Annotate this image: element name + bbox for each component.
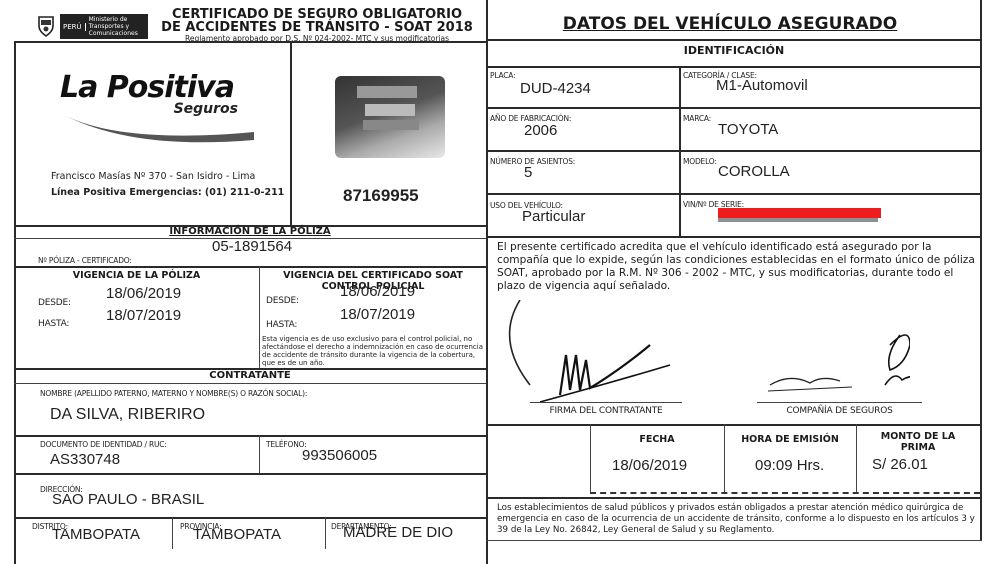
contractor-address: SAO PAULO - BRASIL (52, 491, 204, 508)
department: MADRE DE DIO (343, 524, 453, 541)
logo-swoosh-icon (64, 114, 264, 144)
cert-from-date: 18/06/2019 (340, 283, 415, 300)
contractor-phone: 993506005 (302, 447, 377, 464)
premium-label: MONTO DE LA PRIMA (856, 431, 980, 453)
ministry-name: Ministerio de Transportes y Comunicacion… (86, 16, 148, 37)
vehicle-section-title: DATOS DEL VEHÍCULO ASEGURADO (490, 14, 970, 34)
category: M1-Automovil (716, 77, 808, 94)
cert-validity-note: Esta vigencia es de uso exclusivo para e… (262, 335, 484, 367)
policy-from-label: DESDE: (38, 298, 71, 308)
policy-to-date: 18/07/2019 (106, 307, 181, 324)
la-positiva-logo: La Positiva Seguros (60, 70, 260, 117)
policy-validity-title: VIGENCIA DE LA PÓLIZA (14, 270, 259, 281)
soat-hologram-sticker-icon (335, 76, 445, 158)
issue-time: 09:09 Hrs. (755, 457, 824, 474)
plate: DUD-4234 (520, 80, 591, 97)
issue-date: 18/06/2019 (612, 457, 687, 474)
vehicle-identification-title: IDENTIFICACIÓN (486, 44, 982, 57)
ministry-country: PERÚ (60, 23, 86, 31)
contractor-id: AS330748 (50, 451, 120, 468)
cert-to-label: HASTA: (266, 320, 297, 330)
brand: TOYOTA (718, 121, 778, 138)
contractor-section-title: CONTRATANTE (14, 370, 486, 381)
health-establishments-note: Los establecimientos de salud públicos y… (497, 503, 975, 537)
company-signature-label: COMPAÑÍA DE SEGUROS (757, 406, 922, 416)
policy-to-label: HASTA: (38, 319, 69, 329)
use: Particular (522, 208, 585, 225)
contractor-name: DA SILVA, RIBERIRO (50, 406, 205, 424)
insurer-address: Francisco Masías Nº 370 - San Isidro - L… (51, 171, 255, 182)
logo-name: La Positiva (60, 70, 260, 105)
vin-redaction-bar (718, 208, 881, 218)
model-label: MODELO: (683, 157, 717, 166)
model: COROLLA (718, 163, 790, 180)
policy-number-label: Nº PÓLIZA - CERTIFICADO: (38, 256, 132, 265)
vin-obscured-value (718, 218, 878, 222)
ministry-logo: PERÚ Ministerio de Transportes y Comunic… (60, 14, 148, 39)
district: TAMBOPATA (52, 526, 140, 543)
issue-time-label: HORA DE EMISIÓN (724, 434, 856, 445)
year: 2006 (524, 122, 557, 139)
policy-number: 05-1891564 (212, 238, 292, 255)
contractor-id-label: DOCUMENTO DE IDENTIDAD / RUC: (40, 440, 167, 449)
issue-date-label: FECHA (590, 434, 724, 445)
certificate-statement: El presente certificado acredita que el … (497, 241, 975, 293)
certificate-number: 87169955 (343, 186, 419, 206)
policy-section-title: INFORMACIÓN DE LA PÓLIZA (14, 226, 486, 237)
contractor-phone-label: TELÉFONO: (266, 440, 307, 449)
insurer-emergency-line: Línea Positiva Emergencias: (01) 211-0-2… (51, 187, 284, 198)
company-signature-icon (760, 325, 910, 400)
province: TAMBOPATA (193, 526, 281, 543)
contractor-signature-label: FIRMA DEL CONTRATANTE (530, 406, 682, 416)
certificate-title: CERTIFICADO DE SEGURO OBLIGATORIO DE ACC… (157, 8, 477, 44)
brand-label: MARCA: (683, 114, 711, 123)
contractor-signature-icon (500, 300, 720, 410)
cert-to-date: 18/07/2019 (340, 306, 415, 323)
cert-from-label: DESDE: (266, 296, 299, 306)
seal-area (500, 430, 580, 490)
seats-label: NÚMERO DE ASIENTOS: (490, 157, 575, 166)
title-line-2: DE ACCIDENTES DE TRÁNSITO - SOAT 2018 (157, 21, 477, 34)
seats: 5 (524, 164, 532, 181)
premium-amount: S/ 26.01 (872, 456, 928, 473)
peru-coat-of-arms-icon (36, 15, 56, 37)
plate-label: PLACA: (490, 71, 515, 80)
contractor-name-label: NOMBRE (APELLIDO PATERNO, MATERNO Y NOMB… (40, 389, 307, 398)
policy-from-date: 18/06/2019 (106, 285, 181, 302)
